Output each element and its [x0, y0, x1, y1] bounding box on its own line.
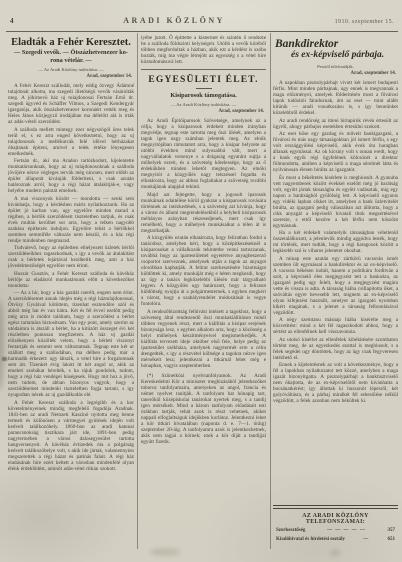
paragraph: A Fehér Kereszt szálloda a legrégibb és … — [8, 400, 134, 472]
scan-smudge — [330, 550, 340, 556]
phonebox-rule-top — [273, 505, 398, 506]
phonebox-row-label: Szerkesztőség — [276, 528, 305, 533]
article1-subhead-line2: rona vételár. — — [8, 57, 134, 65]
paragraph: A napokban pisztolypárbajt vivott két is… — [273, 80, 398, 116]
paragraph: Az eset hőse egy gazdag és művelt bankig… — [273, 131, 398, 173]
continuation-paragraph: lyébe jutott. Ő épittette a kistermet és… — [141, 35, 266, 65]
masthead-date: 1910. szeptember 15. — [335, 19, 394, 25]
paragraph: Ennek a kijelentésnek az volt a következ… — [273, 362, 398, 404]
section-title: EGYESÜLETI ÉLET. — [141, 75, 266, 85]
paragraph: A közgyülés ezután elhatározta, hogy fel… — [141, 235, 266, 307]
column-3: Bankdirektor és ex-képviselő párbaja. Pe… — [273, 35, 398, 406]
masthead-rule — [6, 31, 398, 32]
paragraph: A négy szemtanu másnap hiába kisérelte m… — [273, 317, 398, 335]
paragraph: Az aradi rendőrség az itteni hirlapirók … — [273, 118, 398, 130]
paragraph: A szálloda mellett mintegy ezer négyszög… — [8, 127, 134, 157]
telephone-numbers-box: AZ ARADI KÖZLÖNY TELEFONSZÁMAI: Szerkesz… — [273, 505, 398, 542]
column-2: lyébe jutott. Ő épittette a kistermet és… — [141, 35, 266, 446]
paragraph: A mai viszonyok között — mondotta — senk… — [8, 196, 134, 244]
column-divider-1 — [137, 33, 138, 549]
section-rule — [141, 69, 266, 70]
page-number: 4 — [10, 17, 14, 25]
article2-byline: — Az Aradi Közlöny tudósítása. — — [141, 102, 266, 107]
paragraph: Majd azt fejtegette, hogy a jogosult ipa… — [141, 192, 266, 234]
article1-byline: — Az Aradi Közlöny tudósítása. — — [8, 67, 134, 72]
scan-smudge — [150, 548, 180, 556]
article3-headline-line1: Bankdirektor — [273, 38, 398, 50]
paragraph: Az utolsó kisérlet az ellenfelek kibékit… — [273, 337, 398, 361]
phonebox-row-number: 357 — [388, 528, 396, 533]
column-1: Eladták a Fehér Keresztet. — Szegedi vev… — [8, 35, 134, 473]
phonebox-row: Szerkesztőség — — — — — 357 — [273, 528, 398, 533]
newspaper-page: 4 ARADI KÖZLÖNY 1910. szeptember 15. Ela… — [0, 0, 402, 562]
article3-dateline: Arad, szeptember 14. — [273, 71, 396, 76]
dash-leader: — — [345, 537, 387, 542]
paragraph: A Fehér Kereszt szállodát, mely eddig öz… — [8, 83, 134, 125]
article1-subhead-line1: — Szegedi vevők. — Ötszázhetvenezer ko- — [8, 49, 134, 57]
phonebox-rule-top2 — [273, 508, 398, 509]
news-brief-paragraph: (*) Szünetközi nyelvtanfolyamok. Az Arad… — [141, 373, 266, 445]
paragraph: A minap este azután egy zártkörü vacsorá… — [273, 256, 398, 316]
article2-dateline: Arad, szeptember 14. — [141, 109, 264, 114]
phonebox-row-label: Kiadóhivatal és hirdetési osztály — [276, 537, 345, 542]
paragraph: Az Aradi Épitőiparosok Szövetsége, amely… — [141, 118, 266, 190]
paragraph: És most a békéltetés kisérlete is meghiu… — [273, 175, 398, 229]
paragraph: Ha a két érdekelt valamelyik társaságban… — [273, 230, 398, 254]
article1-dateline: Arad, szeptember 14. — [8, 74, 132, 79]
section-divider — [196, 88, 212, 89]
phonebox-row: Kiadóhivatal és hirdetési osztály — 651 — [273, 537, 398, 542]
paragraph: Tudvalevő, hogy az épületben elhelyezett… — [8, 245, 134, 269]
phonebox-row-number: 651 — [388, 537, 396, 542]
paragraph: — Az a hir, hogy a ház gazdát cserélt, e… — [8, 290, 134, 398]
masthead: 4 ARADI KÖZLÖNY 1910. szeptember 15. — [10, 16, 394, 25]
column-divider-2 — [270, 33, 271, 549]
scan-smudge — [0, 300, 4, 390]
paragraph: A rendezőbizottság felhivást intézett a … — [141, 309, 266, 369]
article1-headline: Eladták a Fehér Keresztet. — [8, 37, 134, 49]
paragraph: Huszár Gusztáv, a Fehér Kereszt szálloda… — [8, 271, 134, 289]
dash-leader: — — — — — — [305, 528, 387, 533]
article3-headline-line2: és ex-képviselő párbaja. — [273, 50, 398, 61]
masthead-title: ARADI KÖZLÖNY — [123, 16, 225, 25]
article3-byline: Pestről telefonálják. — [273, 64, 398, 69]
article2-subhead: Kisiparosok támogatása. — [141, 92, 266, 99]
phonebox-title: AZ ARADI KÖZLÖNY TELEFONSZÁMAI: — [273, 513, 398, 525]
paragraph: Fertsán dr., aki ma Aradon tartózkodott,… — [8, 158, 134, 194]
scan-mark — [2, 357, 7, 361]
